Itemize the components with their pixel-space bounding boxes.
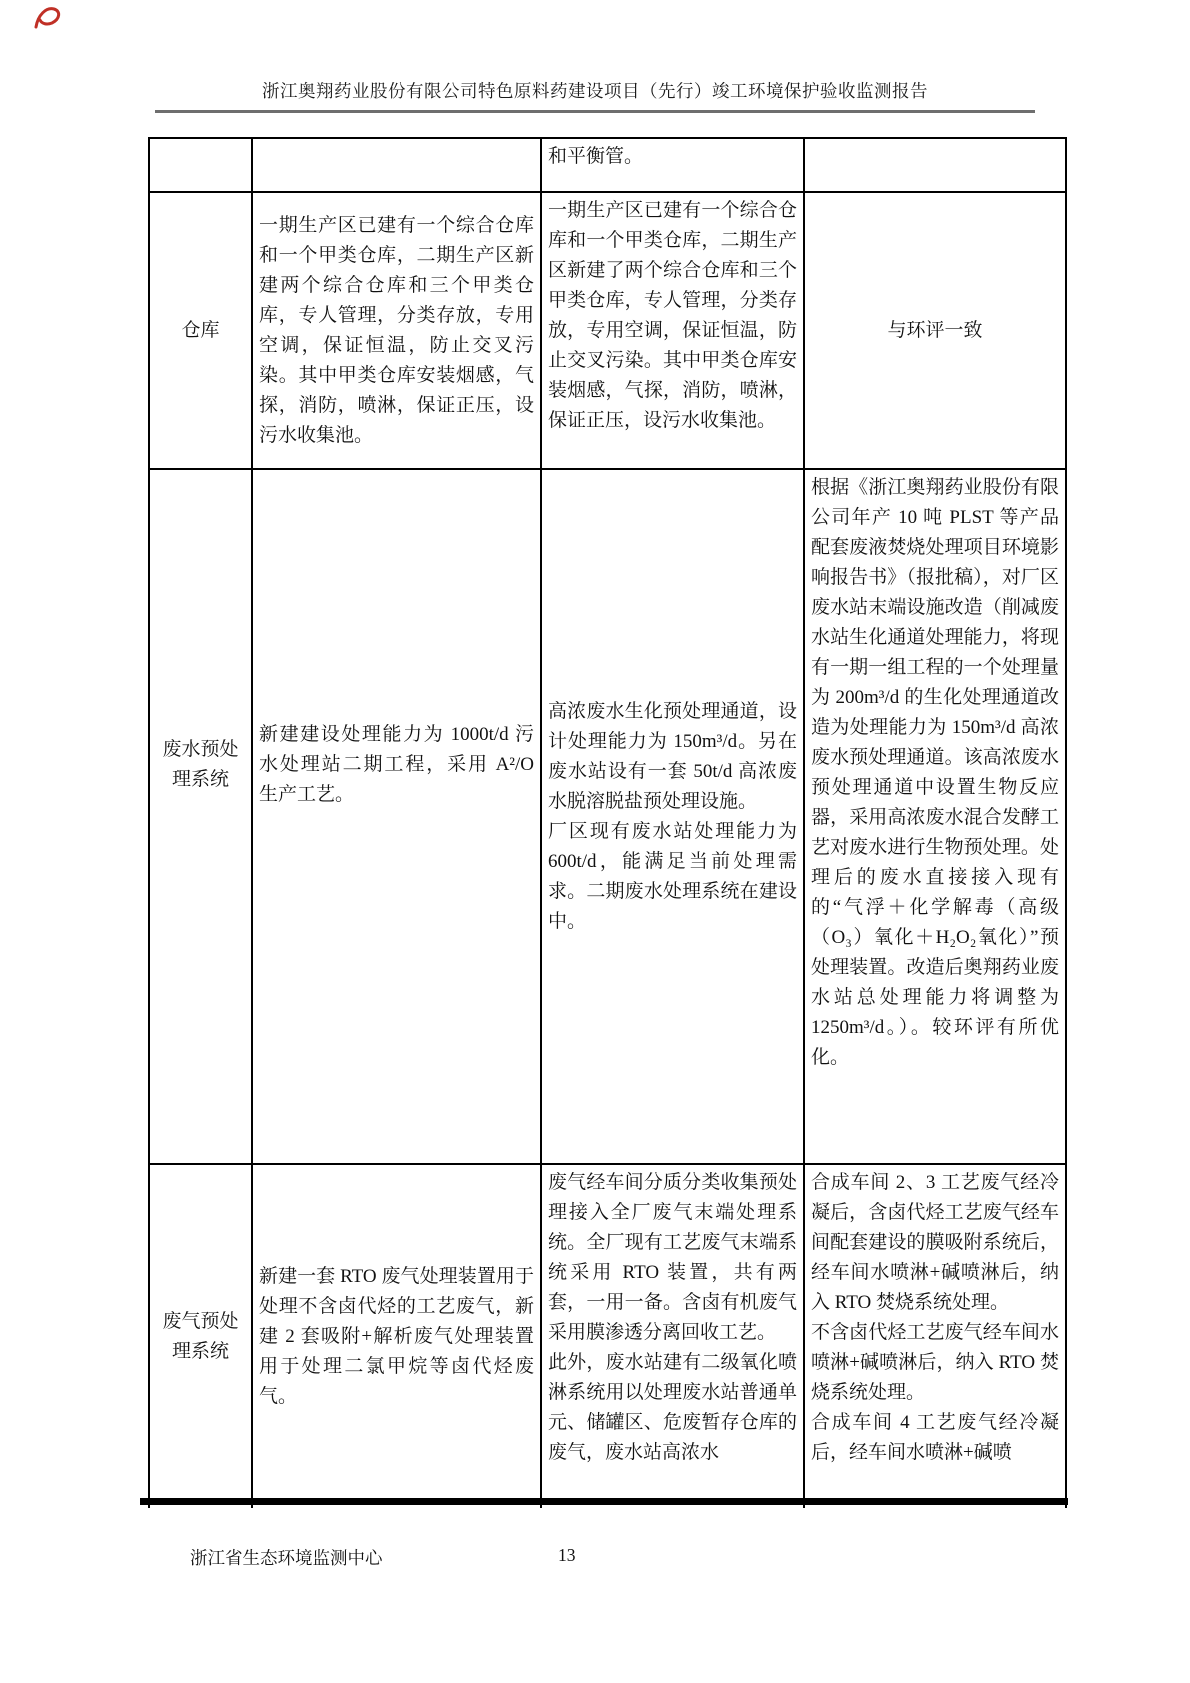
cell-text: 新建一套 RTO 废气处理装置用于处理不含卤代烃的工艺废气，新建 2 套吸附+解… bbox=[259, 1262, 534, 1412]
cell-text: 废气经车间分质分类收集预处理接入全厂废气末端处理系统。全厂现有工艺废气末端系统采… bbox=[548, 1168, 797, 1348]
cell-wastegas-actual-description: 废气经车间分质分类收集预处理接入全厂废气末端处理系统。全厂现有工艺废气末端系统采… bbox=[541, 1164, 804, 1508]
table-bottom-cut-border bbox=[140, 1498, 1068, 1505]
cell-continuation-col3: 和平衡管。 bbox=[541, 138, 804, 192]
cell-text: 合成车间 2、3 工艺废气经冷凝后，含卤代烃工艺废气经车间配套建设的膜吸附系统后… bbox=[811, 1168, 1059, 1318]
cell-wastegas-comparison: 合成车间 2、3 工艺废气经冷凝后，含卤代烃工艺废气经车间配套建设的膜吸附系统后… bbox=[804, 1164, 1066, 1508]
cell-warehouse-actual-description: 一期生产区已建有一个综合仓库和一个甲类仓库，二期生产区新建了两个综合仓库和三个甲… bbox=[541, 192, 804, 469]
cell-text: 厂区现有废水站处理能力为 600t/d，能满足当前处理需求。二期废水处理系统在建… bbox=[548, 817, 797, 937]
clipped-cell-content: 合成车间 2、3 工艺废气经冷凝后，含卤代烃工艺废气经车间配套建设的膜吸附系统后… bbox=[811, 1168, 1059, 1501]
table-row-warehouse: 仓库 一期生产区已建有一个综合仓库和一个甲类仓库，二期生产区新建两个综合仓库和三… bbox=[149, 192, 1066, 469]
category-label: 仓库 bbox=[156, 316, 245, 346]
cell-warehouse-category: 仓库 bbox=[149, 192, 252, 469]
header-title: 浙江奥翔药业股份有限公司特色原料药建设项目（先行）竣工环境保护验收监测报告 bbox=[0, 78, 1190, 103]
footer-organization: 浙江省生态环境监测中心 bbox=[190, 1545, 383, 1570]
facilities-comparison-table: 和平衡管。 仓库 一期生产区已建有一个综合仓库和一个甲类仓库，二期生产区新建两个… bbox=[148, 137, 1067, 1508]
cell-text: 一期生产区已建有一个综合仓库和一个甲类仓库，二期生产区新建两个综合仓库和三个甲类… bbox=[259, 211, 534, 451]
table-row-wastewater-pretreatment: 废水预处理系统 新建建设处理能力为 1000t/d 污水处理站二期工程，采用 A… bbox=[149, 469, 1066, 1164]
cell-text: 高浓废水生化预处理通道，设计处理能力为 150m³/d。另在废水站设有一套 50… bbox=[548, 697, 797, 817]
cell-wastewater-category: 废水预处理系统 bbox=[149, 469, 252, 1164]
red-annotation-mark bbox=[30, 3, 72, 35]
cell-text: 一期生产区已建有一个综合仓库和一个甲类仓库，二期生产区新建了两个综合仓库和三个甲… bbox=[548, 196, 797, 436]
cell-wastewater-comparison: 根据《浙江奥翔药业股份有限公司年产 10 吨 PLST 等产品配套废液焚烧处理项… bbox=[804, 469, 1066, 1164]
cell-text: 和平衡管。 bbox=[548, 142, 797, 172]
cell-continuation-category bbox=[149, 138, 252, 192]
cell-text: 此外，废水站建有二级氧化喷淋系统用以处理废水站普通单元、储罐区、危废暂存仓库的废… bbox=[548, 1348, 797, 1468]
cell-wastegas-eia-description: 新建一套 RTO 废气处理装置用于处理不含卤代烃的工艺废气，新建 2 套吸附+解… bbox=[252, 1164, 541, 1508]
cell-wastewater-actual-description: 高浓废水生化预处理通道，设计处理能力为 150m³/d。另在废水站设有一套 50… bbox=[541, 469, 804, 1164]
clipped-cell-content: 废气经车间分质分类收集预处理接入全厂废气末端处理系统。全厂现有工艺废气末端系统采… bbox=[548, 1168, 797, 1501]
category-label: 废水预处理系统 bbox=[156, 735, 245, 795]
cell-wastewater-eia-description: 新建建设处理能力为 1000t/d 污水处理站二期工程，采用 A²/O 生产工艺… bbox=[252, 469, 541, 1164]
footer-page-number: 13 bbox=[558, 1545, 576, 1566]
cell-continuation-col4 bbox=[804, 138, 1066, 192]
cell-continuation-col2 bbox=[252, 138, 541, 192]
cell-wastegas-category: 废气预处理系统 bbox=[149, 1164, 252, 1508]
table-row-continuation: 和平衡管。 bbox=[149, 138, 1066, 192]
document-page: 浙江奥翔药业股份有限公司特色原料药建设项目（先行）竣工环境保护验收监测报告 和平… bbox=[0, 0, 1190, 1683]
category-label: 废气预处理系统 bbox=[156, 1307, 245, 1367]
cell-warehouse-eia-description: 一期生产区已建有一个综合仓库和一个甲类仓库，二期生产区新建两个综合仓库和三个甲类… bbox=[252, 192, 541, 469]
cell-text: 不含卤代烃工艺废气经车间水喷淋+碱喷淋后，纳入 RTO 焚烧系统处理。 bbox=[811, 1318, 1059, 1408]
table-row-wastegas-pretreatment: 废气预处理系统 新建一套 RTO 废气处理装置用于处理不含卤代烃的工艺废气，新建… bbox=[149, 1164, 1066, 1508]
cell-text: 与环评一致 bbox=[811, 316, 1059, 346]
cell-warehouse-comparison: 与环评一致 bbox=[804, 192, 1066, 469]
cell-text: 根据《浙江奥翔药业股份有限公司年产 10 吨 PLST 等产品配套废液焚烧处理项… bbox=[811, 473, 1059, 1073]
cell-text: 新建建设处理能力为 1000t/d 污水处理站二期工程，采用 A²/O 生产工艺… bbox=[259, 720, 534, 810]
cell-text: 合成车间 4 工艺废气经冷凝后，经车间水喷淋+碱喷 bbox=[811, 1408, 1059, 1468]
header-rule bbox=[155, 110, 1035, 113]
